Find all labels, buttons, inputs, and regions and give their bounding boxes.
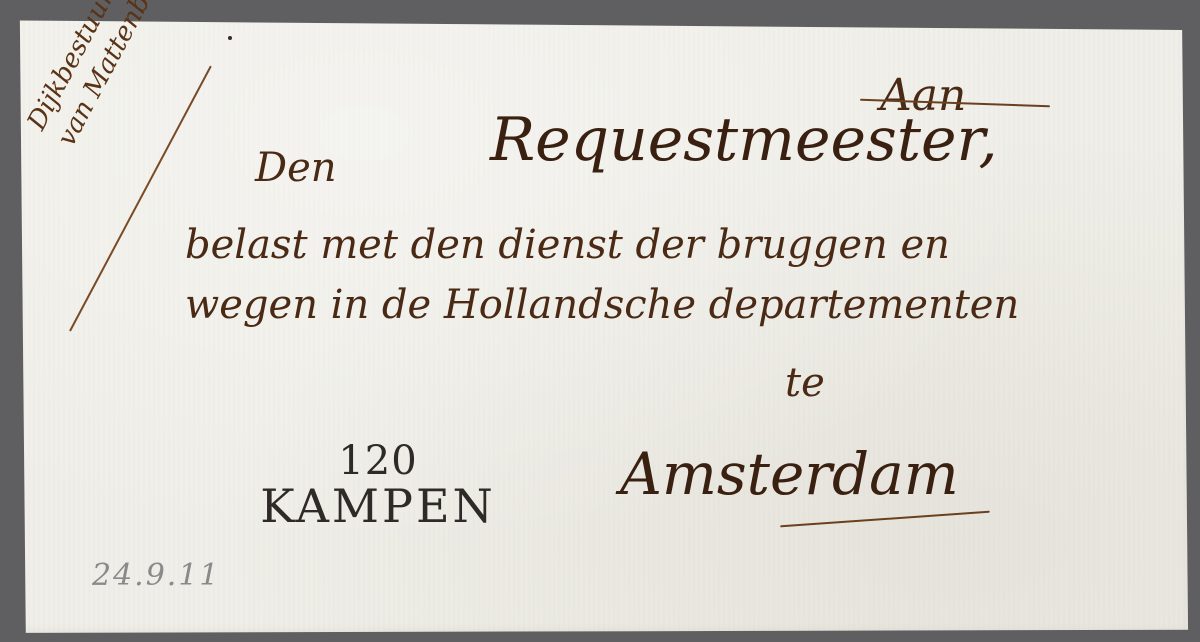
ink-dot bbox=[228, 36, 232, 40]
recipient-title: Requestmeester, bbox=[490, 105, 998, 175]
pencil-date-note: 24.9.11 bbox=[92, 558, 221, 593]
address-line-1: belast met den dienst der bruggen en bbox=[185, 222, 950, 268]
title-prefix: Den bbox=[255, 145, 337, 191]
postmark-town: KAMPEN bbox=[248, 482, 508, 530]
address-line-2: wegen in de Hollandsche departementen bbox=[185, 282, 1019, 328]
postmark-stamp: 120 KAMPEN bbox=[248, 440, 508, 530]
address-preposition: te bbox=[785, 360, 825, 406]
destination-city: Amsterdam bbox=[620, 440, 959, 508]
postmark-number: 120 bbox=[248, 440, 508, 482]
